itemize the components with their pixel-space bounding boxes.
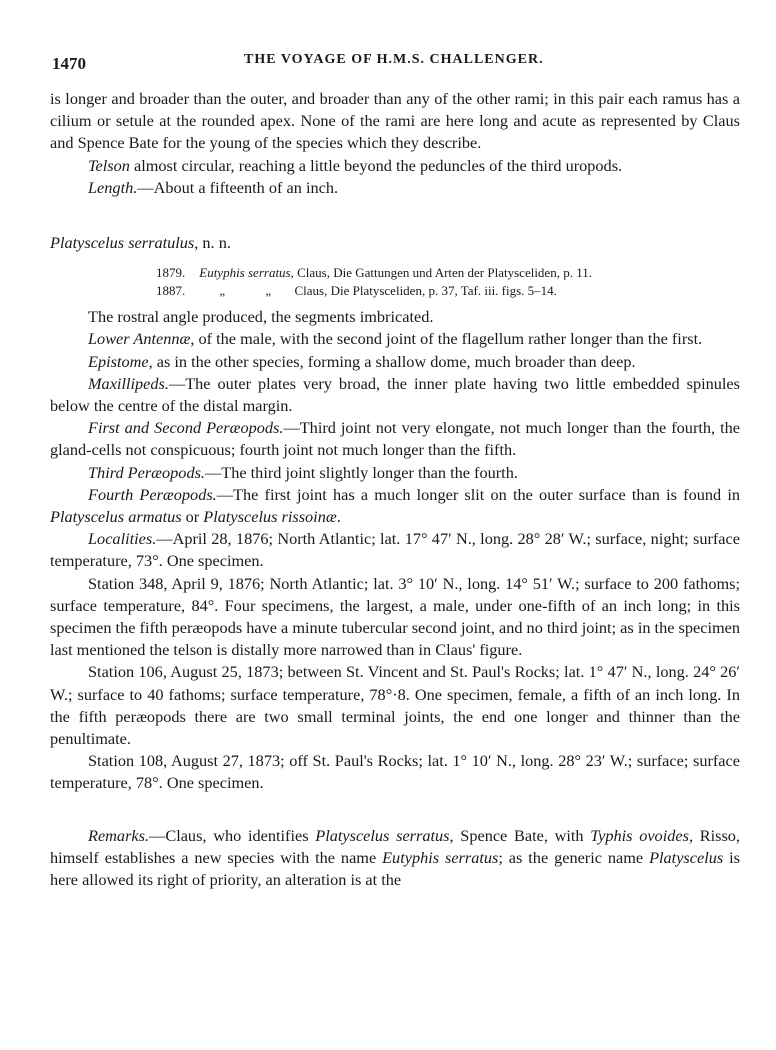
book-page: 1470 THE VOYAGE OF H.M.S. CHALLENGER. is…	[0, 0, 776, 1050]
localities-paragraph: Localities.—April 28, 1876; North Atlant…	[50, 528, 740, 572]
antennae-paragraph: Lower Antennæ, of the male, with the sec…	[50, 328, 740, 350]
page-header: 1470 THE VOYAGE OF H.M.S. CHALLENGER.	[52, 50, 742, 74]
first-second-pereopods-paragraph: First and Second Peræopods.—Third joint …	[50, 417, 740, 461]
synonymy-entry: 1879. Eutyphis serratus, Claus, Die Gatt…	[156, 264, 740, 282]
telson-paragraph: Telson almost circular, reaching a littl…	[50, 155, 740, 177]
remarks-paragraph: Remarks.—Claus, who identifies Platyscel…	[50, 825, 740, 892]
epistome-paragraph: Epistome, as in the other species, formi…	[50, 351, 740, 373]
continued-paragraph: is longer and broader than the outer, an…	[50, 88, 740, 155]
length-paragraph: Length.—About a fifteenth of an inch.	[50, 177, 740, 199]
page-number: 1470	[52, 54, 86, 74]
rostral-paragraph: The rostral angle produced, the segments…	[50, 306, 740, 328]
station-108-paragraph: Station 108, August 27, 1873; off St. Pa…	[50, 750, 740, 794]
synonymy-list: 1879. Eutyphis serratus, Claus, Die Gatt…	[156, 264, 740, 300]
third-pereopods-paragraph: Third Peræopods.—The third joint slightl…	[50, 462, 740, 484]
fourth-pereopods-paragraph: Fourth Peræopods.—The first joint has a …	[50, 484, 740, 528]
station-348-paragraph: Station 348, April 9, 1876; North Atlant…	[50, 573, 740, 662]
species-heading: Platyscelus serratulus, n. n.	[50, 232, 740, 254]
page-body: is longer and broader than the outer, an…	[50, 88, 740, 891]
maxillipeds-paragraph: Maxillipeds.—The outer plates very broad…	[50, 373, 740, 417]
station-106-paragraph: Station 106, August 25, 1873; between St…	[50, 661, 740, 750]
running-head: THE VOYAGE OF H.M.S. CHALLENGER.	[244, 52, 544, 68]
synonymy-entry: 1887. „„ Claus, Die Platysceliden, p. 37…	[156, 282, 740, 300]
